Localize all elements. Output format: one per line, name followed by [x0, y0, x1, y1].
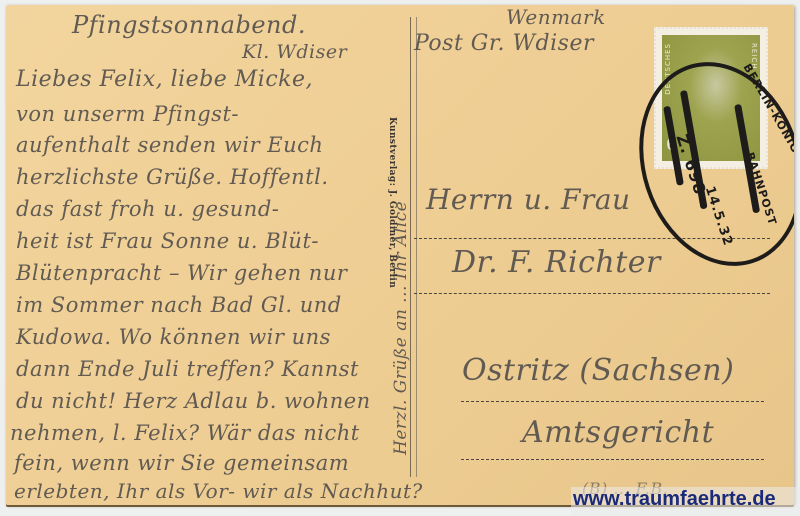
recipient-line: Ostritz (Sachsen): [462, 353, 734, 388]
message-heading: Pfingstsonnabend.: [72, 11, 306, 39]
recipient-line: Herrn u. Frau: [426, 183, 631, 216]
message-line: Kudowa. Wo können wir uns: [16, 325, 331, 349]
center-divider-secondary: [416, 17, 417, 477]
watermark: www.traumfaehrte.de: [571, 487, 800, 516]
message-line: du nicht! Herz Adlau b. wohnen: [16, 389, 371, 413]
message-place: Kl. Wdiser: [242, 41, 347, 63]
message-line: im Sommer nach Bad Gl. und: [16, 293, 342, 317]
postmark-date: 14.5.32: [702, 185, 735, 249]
message-line: das fast froh u. gesund-: [16, 197, 279, 221]
sender-place: Post Gr. Wdiser: [414, 31, 594, 56]
recipient-line: Dr. F. Richter: [452, 245, 661, 280]
watermark-text: www.traumfaehrte.de: [573, 488, 776, 511]
message-line: herzlichste Grüße. Hoffentl.: [16, 165, 329, 189]
address-line: [414, 293, 770, 294]
address-line: [461, 401, 764, 402]
message-line: fein, wenn wir Sie gemeinsam: [14, 451, 349, 475]
sender-name: Wenmark: [506, 5, 606, 29]
message-line: nehmen, l. Felix? Wär das nicht: [10, 421, 360, 445]
message-line: heit ist Frau Sonne u. Blüt-: [16, 229, 319, 253]
message-line: aufenthalt senden wir Euch: [16, 133, 323, 157]
recipient-line: Amtsgericht: [522, 415, 714, 450]
center-divider: [410, 17, 411, 477]
message-line: Blütenpracht – Wir gehen nur: [16, 261, 347, 285]
postcard: Pfingstsonnabend. Kl. Wdiser Liebes Feli…: [6, 5, 794, 505]
message-line: erlebten, Ihr als Vor- wir als Nachhut?: [14, 479, 423, 503]
message-line: dann Ende Juli treffen? Kannst: [16, 357, 359, 381]
message-line: von unserm Pfingst-: [16, 102, 239, 126]
publisher-imprint: Kunstverlag: J. Goldiner, Berlin: [387, 117, 397, 288]
message-line: Liebes Felix, liebe Micke,: [16, 67, 313, 92]
address-line: [461, 459, 764, 460]
